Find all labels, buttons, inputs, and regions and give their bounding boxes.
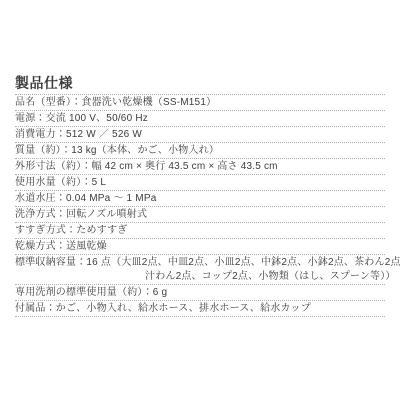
spec-row-washing-method: 洗浄方式：回転ノズル噴射式 xyxy=(15,207,385,223)
spec-row-text: すすぎ方式：ためすすぎ xyxy=(15,225,385,236)
spec-row-water-pressure: 水道水圧：0.04 MPa ～ 1 MPa xyxy=(15,191,385,207)
spec-row-text: 外形寸法（約）：幅 42 cm × 奥行 43.5 cm × 高さ 43.5 c… xyxy=(15,161,385,172)
spec-row-weight: 質量（約）：13 kg（本体、かご、小物入れ） xyxy=(15,143,385,159)
spec-row-power-source: 電源：交流 100 V、50/60 Hz xyxy=(15,111,385,127)
product-spec-page: 製品仕様 品名（型番）：食器洗い乾燥機（SS-M151） 電源：交流 100 V… xyxy=(0,0,400,400)
spec-row-water-usage: 使用水量（約）：5 L xyxy=(15,175,385,191)
spec-row-accessories: 付属品：かご、小物入れ、給水ホース、排水ホース、給水カップ xyxy=(15,301,385,317)
spec-row-power-consumption: 消費電力：512 W ／ 526 W xyxy=(15,127,385,143)
spec-row-text: 洗浄方式：回転ノズル噴射式 xyxy=(15,209,385,220)
spec-row-text: 水道水圧：0.04 MPa ～ 1 MPa xyxy=(15,193,385,204)
spec-section: 製品仕様 品名（型番）：食器洗い乾燥機（SS-M151） 電源：交流 100 V… xyxy=(15,76,385,317)
spec-row-text: 電源：交流 100 V、50/60 Hz xyxy=(15,113,385,124)
spec-row-product-name: 品名（型番）：食器洗い乾燥機（SS-M151） xyxy=(15,95,385,111)
spec-row-text: 標準収納容量：16 点（大皿2点、中皿2点、小皿2点、中鉢2点、小鉢2点、茶わん… xyxy=(15,257,385,268)
section-title: 製品仕様 xyxy=(15,76,385,95)
spec-row-text: 質量（約）：13 kg（本体、かご、小物入れ） xyxy=(15,145,385,156)
spec-row-text: 乾燥方式：送風乾燥 xyxy=(15,241,385,252)
spec-row-standard-capacity: 標準収納容量：16 点（大皿2点、中皿2点、小皿2点、中鉢2点、小鉢2点、茶わん… xyxy=(15,255,385,285)
spec-row-text: 付属品：かご、小物入れ、給水ホース、排水ホース、給水カップ xyxy=(15,303,385,314)
spec-row-rinsing-method: すすぎ方式：ためすすぎ xyxy=(15,223,385,239)
spec-row-text: 専用洗剤の標準使用量（約）：6 g xyxy=(15,287,385,298)
spec-row-dimensions: 外形寸法（約）：幅 42 cm × 奥行 43.5 cm × 高さ 43.5 c… xyxy=(15,159,385,175)
spec-row-text: 品名（型番）：食器洗い乾燥機（SS-M151） xyxy=(15,97,385,108)
spec-row-drying-method: 乾燥方式：送風乾燥 xyxy=(15,239,385,255)
spec-row-text: 消費電力：512 W ／ 526 W xyxy=(15,129,385,140)
spec-table: 品名（型番）：食器洗い乾燥機（SS-M151） 電源：交流 100 V、50/6… xyxy=(15,95,385,317)
spec-row-detergent-amount: 専用洗剤の標準使用量（約）：6 g xyxy=(15,285,385,301)
spec-row-text-continued: 汁わん2点、コップ2点、小物類（はし、スプーン等）） xyxy=(15,271,385,282)
spec-row-text: 使用水量（約）：5 L xyxy=(15,177,385,188)
